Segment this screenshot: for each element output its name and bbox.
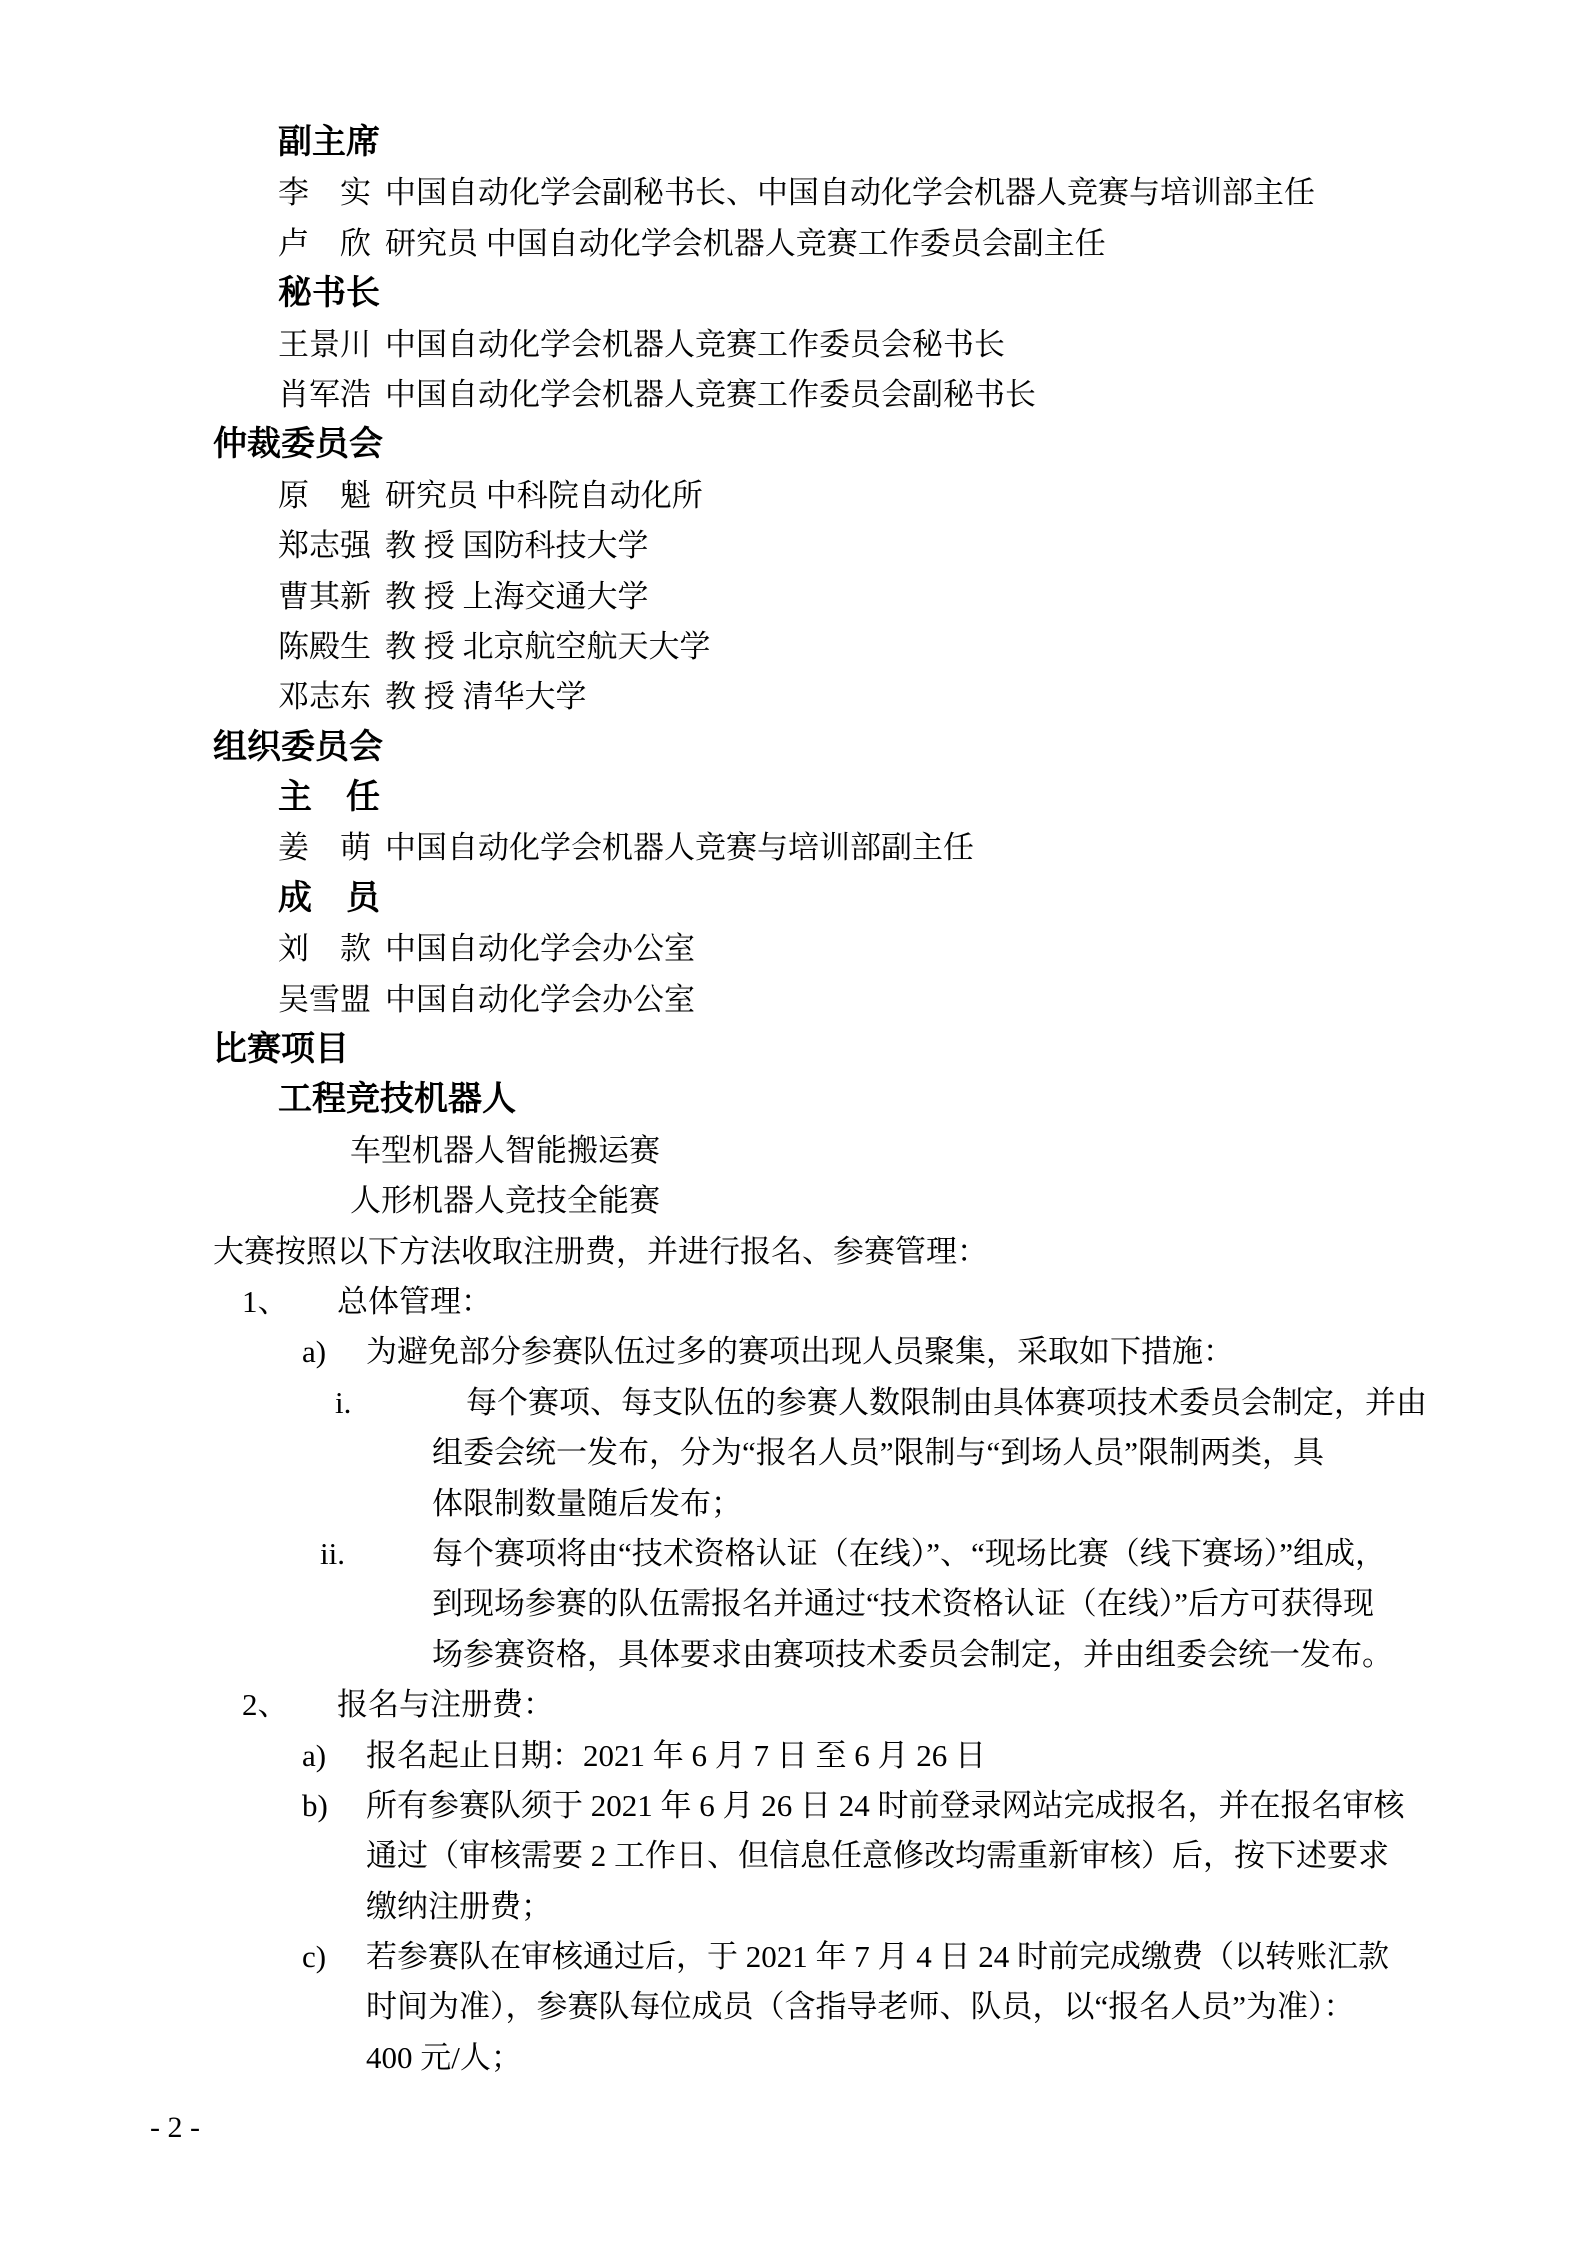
member-title: 教 授 国防科技大学 xyxy=(385,528,649,563)
list-item-2b-continuation: 缴纳注册费； xyxy=(0,1882,1587,1932)
list-item-text: 每个赛项将由“技术资格认证（在线）”、“现场比赛（线下赛场）”组成， xyxy=(432,1536,1386,1571)
member-name: 吴雪盟 xyxy=(278,982,371,1017)
list-item-2c-continuation: 400 元/人； xyxy=(0,2033,1587,2083)
member-title: 中国自动化学会机器人竞赛工作委员会副秘书长 xyxy=(385,377,1036,412)
member-row: 李 实中国自动化学会副秘书长、中国自动化学会机器人竞赛与培训部主任 xyxy=(0,168,1587,218)
list-marker: ii. xyxy=(320,1529,345,1579)
heading-director: 主 任 xyxy=(0,773,1587,823)
list-item-1a-ii: ii.每个赛项将由“技术资格认证（在线）”、“现场比赛（线下赛场）”组成， xyxy=(0,1529,1587,1579)
list-marker: b) xyxy=(302,1781,328,1831)
member-title: 研究员 中科院自动化所 xyxy=(385,478,703,513)
member-title: 中国自动化学会办公室 xyxy=(385,982,695,1017)
registration-intro: 大赛按照以下方法收取注册费，并进行报名、参赛管理： xyxy=(0,1227,1587,1277)
member-name: 郑志强 xyxy=(278,528,371,563)
member-name: 王景川 xyxy=(278,327,371,362)
member-name: 原 魁 xyxy=(278,478,371,513)
member-row: 曹其新教 授 上海交通大学 xyxy=(0,572,1587,622)
page-number: - 2 - xyxy=(150,2103,200,2153)
member-title: 教 授 北京航空航天大学 xyxy=(385,629,711,664)
list-item-text: 总体管理： xyxy=(337,1284,492,1319)
list-marker: 2、 xyxy=(242,1680,289,1730)
member-name: 李 实 xyxy=(278,175,371,210)
member-row: 肖军浩中国自动化学会机器人竞赛工作委员会副秘书长 xyxy=(0,370,1587,420)
member-title: 教 授 清华大学 xyxy=(385,679,587,714)
list-marker: i. xyxy=(335,1378,351,1428)
member-name: 刘 款 xyxy=(278,931,371,966)
list-item-text: 报名起止日期：2021 年 6 月 7 日 至 6 月 26 日 xyxy=(366,1738,986,1773)
list-marker: a) xyxy=(302,1327,326,1377)
list-item-2b-continuation: 通过（审核需要 2 工作日、但信息任意修改均需重新审核）后，按下述要求 xyxy=(0,1831,1587,1881)
document-page: 副主席 李 实中国自动化学会副秘书长、中国自动化学会机器人竞赛与培训部主任 卢 … xyxy=(0,0,1587,2245)
member-row: 刘 款中国自动化学会办公室 xyxy=(0,924,1587,974)
heading-competition-events: 比赛项目 xyxy=(0,1025,1587,1075)
heading-arbitration-committee: 仲裁委员会 xyxy=(0,420,1587,470)
list-marker: a) xyxy=(302,1731,326,1781)
list-item-text: 报名与注册费： xyxy=(337,1687,554,1722)
member-name: 邓志东 xyxy=(278,679,371,714)
heading-members: 成 员 xyxy=(0,874,1587,924)
heading-secretary-general: 秘书长 xyxy=(0,269,1587,319)
member-row: 姜 萌中国自动化学会机器人竞赛与培训部副主任 xyxy=(0,823,1587,873)
list-item-1a-i-continuation: 组委会统一发布，分为“报名人员”限制与“到场人员”限制两类，具 xyxy=(0,1428,1587,1478)
list-item-text: 为避免部分参赛队伍过多的赛项出现人员聚集，采取如下措施： xyxy=(366,1334,1234,1369)
list-item-2a: a)报名起止日期：2021 年 6 月 7 日 至 6 月 26 日 xyxy=(0,1731,1587,1781)
member-title: 中国自动化学会副秘书长、中国自动化学会机器人竞赛与培训部主任 xyxy=(385,175,1315,210)
heading-event-category: 工程竞技机器人 xyxy=(0,1075,1587,1125)
member-name: 曹其新 xyxy=(278,579,371,614)
member-row: 邓志东教 授 清华大学 xyxy=(0,672,1587,722)
list-item-1a-ii-continuation: 场参赛资格，具体要求由赛项技术委员会制定，并由组委会统一发布。 xyxy=(0,1630,1587,1680)
list-item-text: 所有参赛队须于 2021 年 6 月 26 日 24 时前登录网站完成报名，并在… xyxy=(366,1788,1405,1823)
member-row: 原 魁研究员 中科院自动化所 xyxy=(0,471,1587,521)
member-row: 王景川中国自动化学会机器人竞赛工作委员会秘书长 xyxy=(0,320,1587,370)
heading-vice-chair: 副主席 xyxy=(0,118,1587,168)
list-marker: 1、 xyxy=(242,1277,289,1327)
document-body: 副主席 李 实中国自动化学会副秘书长、中国自动化学会机器人竞赛与培训部主任 卢 … xyxy=(0,118,1587,2083)
member-title: 教 授 上海交通大学 xyxy=(385,579,649,614)
member-title: 研究员 中国自动化学会机器人竞赛工作委员会副主任 xyxy=(385,226,1106,261)
list-item-2c-continuation: 时间为准），参赛队每位成员（含指导老师、队员，以“报名人员”为准）： xyxy=(0,1982,1587,2032)
list-item-1a-i: i.每个赛项、每支队伍的参赛人数限制由具体赛项技术委员会制定，并由 xyxy=(0,1378,1587,1428)
member-name: 卢 欣 xyxy=(278,226,371,261)
member-title: 中国自动化学会机器人竞赛工作委员会秘书长 xyxy=(385,327,1005,362)
member-row: 卢 欣研究员 中国自动化学会机器人竞赛工作委员会副主任 xyxy=(0,219,1587,269)
list-item-2c: c)若参赛队在审核通过后，于 2021 年 7 月 4 日 24 时前完成缴费（… xyxy=(0,1932,1587,1982)
list-item-text: 每个赛项、每支队伍的参赛人数限制由具体赛项技术委员会制定，并由 xyxy=(466,1385,1427,1420)
member-name: 姜 萌 xyxy=(278,830,371,865)
member-row: 郑志强教 授 国防科技大学 xyxy=(0,521,1587,571)
list-item-2b: b)所有参赛队须于 2021 年 6 月 26 日 24 时前登录网站完成报名，… xyxy=(0,1781,1587,1831)
list-item-1a-ii-continuation: 到现场参赛的队伍需报名并通过“技术资格认证（在线）”后方可获得现 xyxy=(0,1579,1587,1629)
list-item-text: 若参赛队在审核通过后，于 2021 年 7 月 4 日 24 时前完成缴费（以转… xyxy=(366,1939,1389,1974)
list-item-2: 2、报名与注册费： xyxy=(0,1680,1587,1730)
member-name: 陈殿生 xyxy=(278,629,371,664)
member-title: 中国自动化学会办公室 xyxy=(385,931,695,966)
member-name: 肖军浩 xyxy=(278,377,371,412)
event-item: 车型机器人智能搬运赛 xyxy=(0,1126,1587,1176)
member-row: 陈殿生教 授 北京航空航天大学 xyxy=(0,622,1587,672)
list-marker: c) xyxy=(302,1932,326,1982)
list-item-1: 1、总体管理： xyxy=(0,1277,1587,1327)
member-row: 吴雪盟中国自动化学会办公室 xyxy=(0,975,1587,1025)
heading-organizing-committee: 组织委员会 xyxy=(0,723,1587,773)
member-title: 中国自动化学会机器人竞赛与培训部副主任 xyxy=(385,830,974,865)
list-item-1a-i-continuation: 体限制数量随后发布； xyxy=(0,1479,1587,1529)
list-item-1a: a)为避免部分参赛队伍过多的赛项出现人员聚集，采取如下措施： xyxy=(0,1327,1587,1377)
event-item: 人形机器人竞技全能赛 xyxy=(0,1176,1587,1226)
